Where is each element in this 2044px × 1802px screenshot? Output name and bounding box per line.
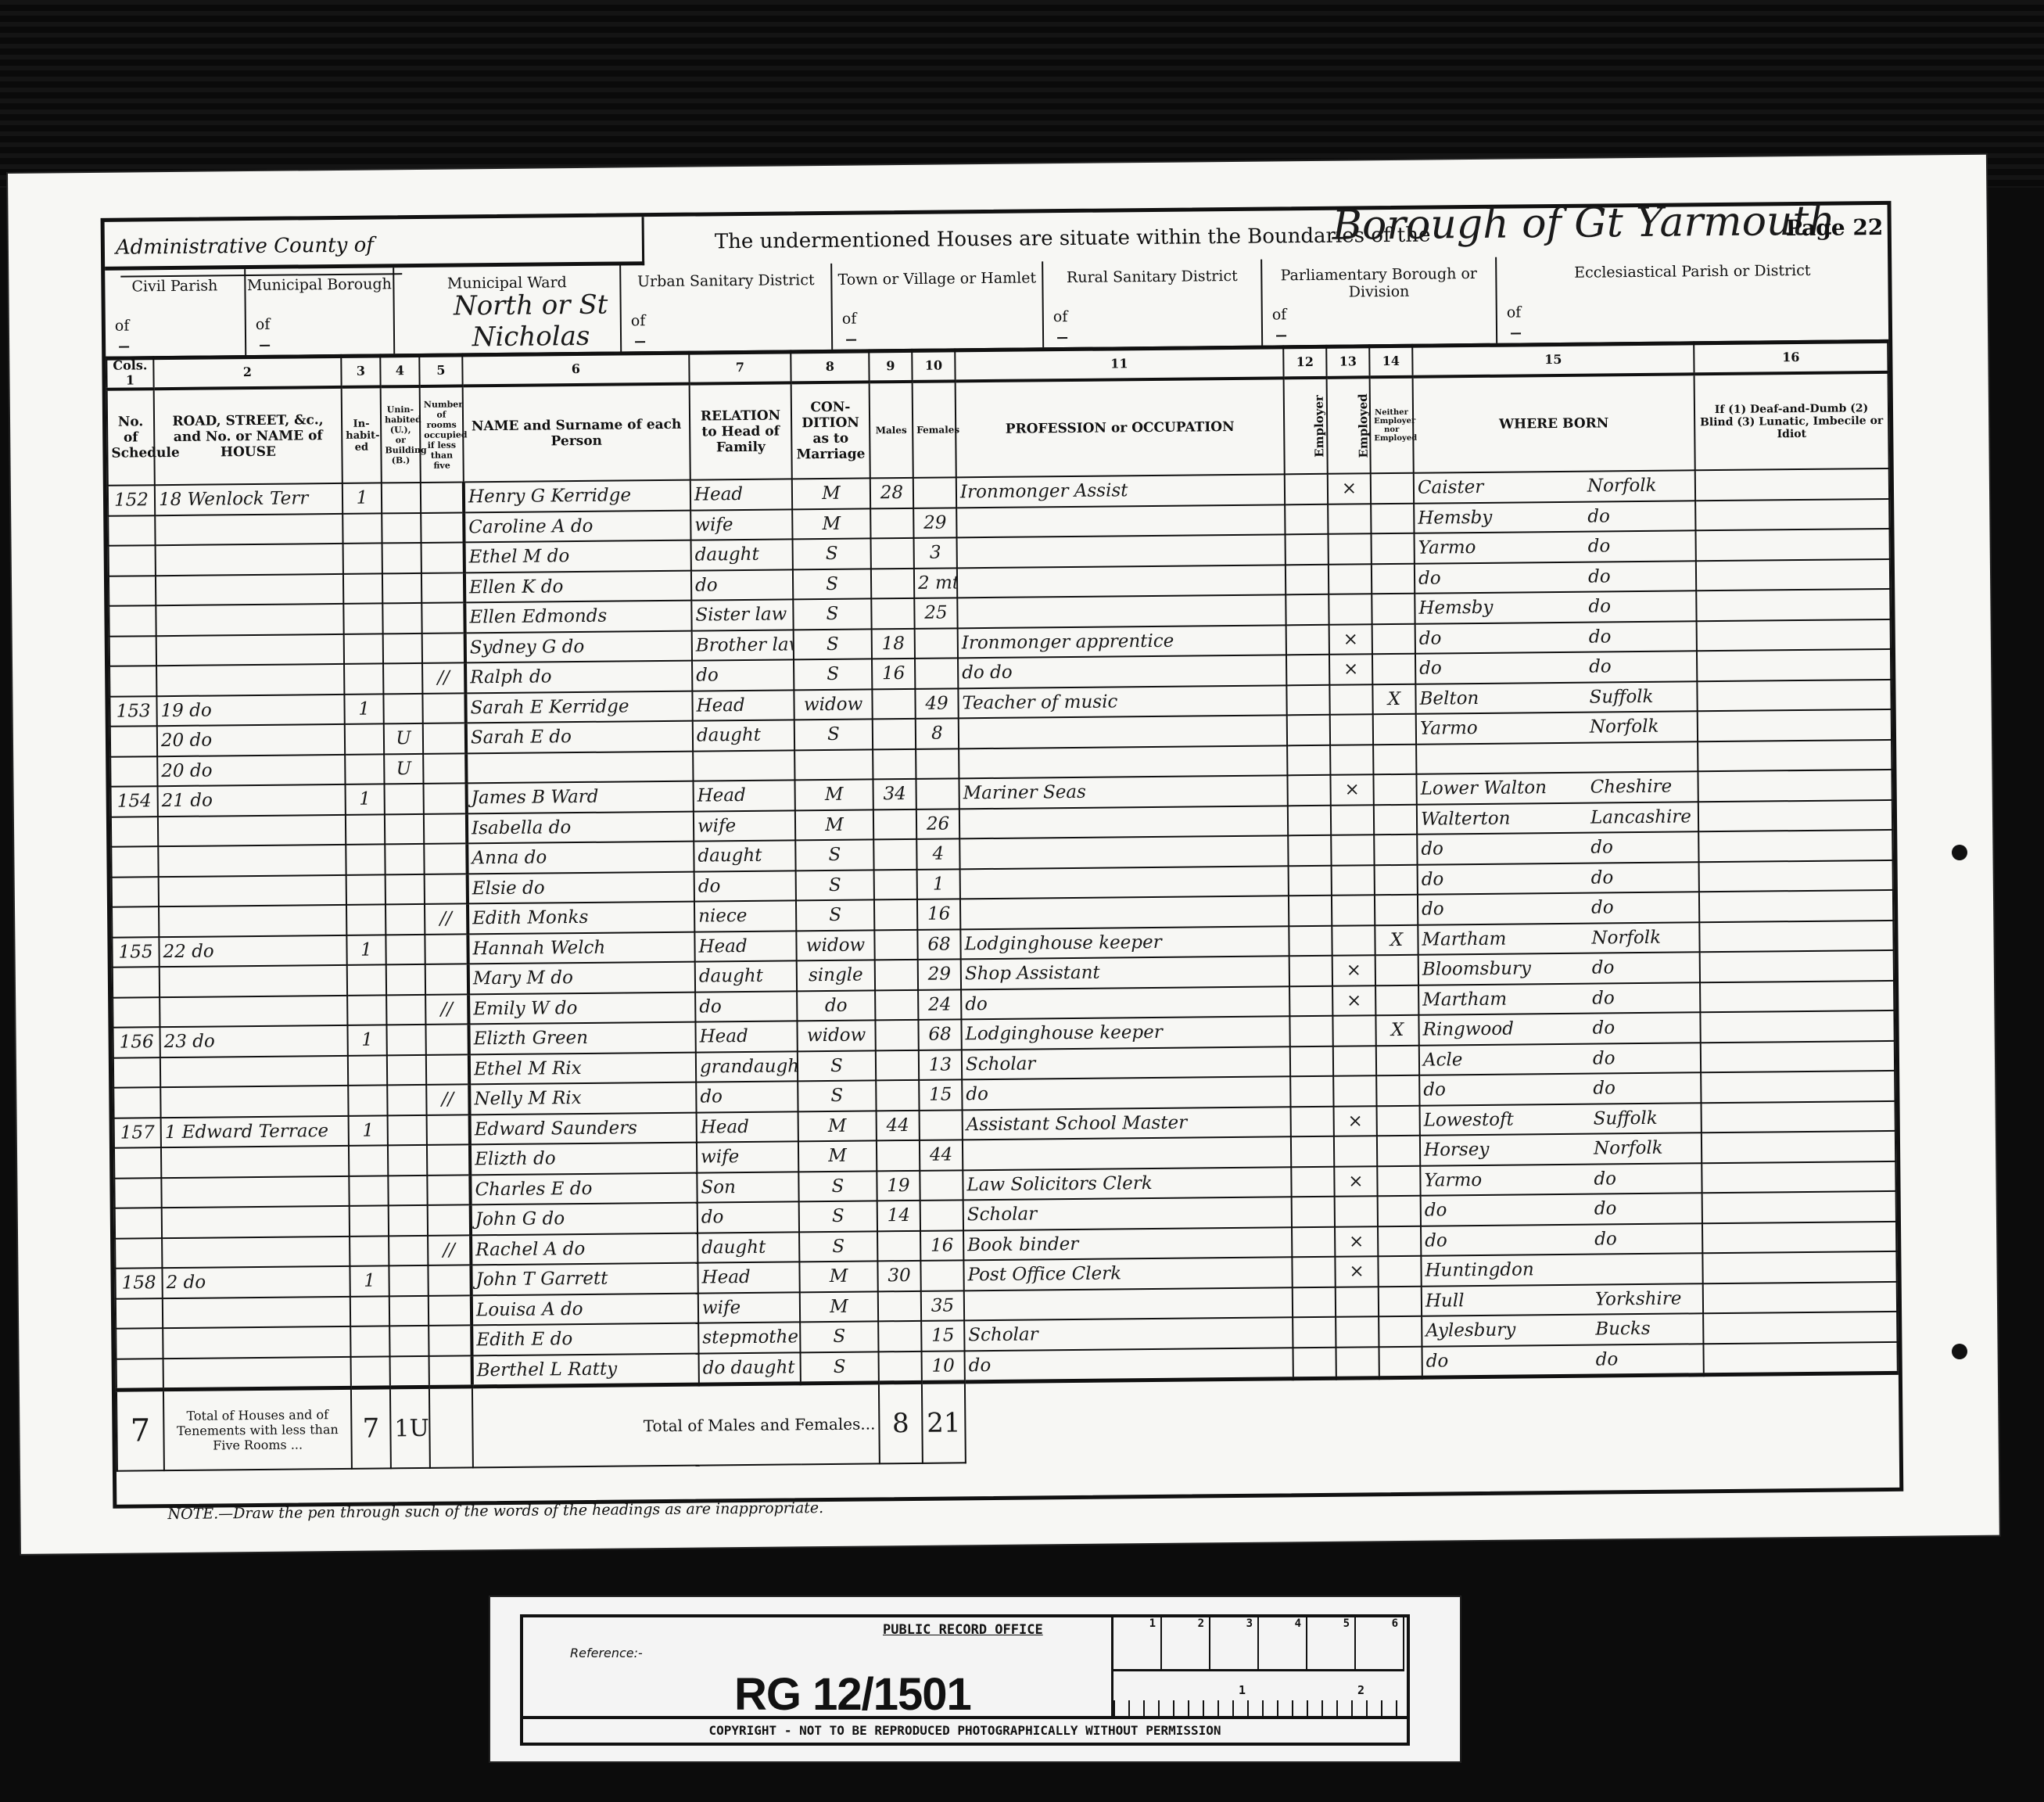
cell-where-born: dodo: [1418, 862, 1699, 895]
cell-rooms: [427, 1144, 470, 1175]
cell-male-age: [875, 989, 918, 1020]
born-county: do: [1589, 626, 1612, 647]
cell-rooms: [427, 1115, 470, 1145]
cell-uninhabited: [389, 1265, 428, 1296]
header-uninhabited: Unin-habited (U.), or Building (B.): [381, 386, 421, 483]
cell-infirmity: [1702, 1221, 1896, 1253]
cell-infirmity: [1698, 709, 1892, 741]
cell-where-born: dodo: [1421, 1223, 1702, 1256]
cell-inhabited: [346, 814, 385, 845]
header-road: ROAD, STREET, &c., and No. or NAME of HO…: [154, 387, 342, 485]
born-county: Norfolk: [1591, 928, 1661, 949]
cell-uninhabited: [387, 1054, 426, 1085]
cell-condition: widow: [796, 930, 874, 960]
cell-uninhabited: [390, 1355, 429, 1387]
cell-name: Nelly M Rix: [469, 1082, 696, 1115]
cell-infirmity: [1696, 558, 1890, 590]
urban-sanitary-value: [635, 341, 646, 343]
cell-infirmity: [1698, 830, 1892, 862]
municipal-borough: Municipal Borough of: [246, 267, 395, 355]
cell-occupation: Law Solicitors Clerk: [963, 1167, 1291, 1201]
cell-male-age: [871, 568, 914, 598]
page-number: Page 22: [1786, 214, 1884, 241]
cell-inhabited: [350, 1326, 389, 1356]
cell-employer: [1288, 805, 1331, 835]
cell-where-born: AylesburyBucks: [1422, 1313, 1703, 1346]
cell-neither: [1375, 955, 1418, 985]
cell-employed: [1335, 1196, 1378, 1226]
ecclesiastical-label: Ecclesiastical Parish or District: [1497, 261, 1888, 282]
born-county: Suffolk: [1594, 1108, 1658, 1129]
cell-uninhabited: [383, 633, 422, 663]
cell-address: [159, 874, 346, 906]
cell-rooms: [425, 874, 468, 904]
cell-schedule: 155: [112, 937, 159, 967]
cell-employed: ×: [1334, 1106, 1377, 1136]
cell-inhabited: [344, 634, 383, 664]
cell-infirmity: [1700, 980, 1894, 1012]
cell-female-age: [920, 1170, 963, 1201]
col-num: 10: [912, 349, 955, 382]
born-place: Martham: [1422, 988, 1592, 1010]
header-rooms: Number of rooms occupied if less than fi…: [420, 386, 464, 483]
header-occupation: PROFESSION or OCCUPATION: [956, 378, 1285, 477]
cell-address: [156, 544, 343, 576]
cell-employer: [1286, 534, 1329, 565]
cell-infirmity: [1699, 890, 1893, 922]
cell-uninhabited: [389, 1295, 429, 1326]
cell-employer: [1290, 1076, 1333, 1107]
cell-name: Louisa A do: [472, 1293, 698, 1325]
census-rows: 15218 Wenlock Terr1Henry G KerridgeHeadM…: [108, 468, 1898, 1390]
cell-condition: M: [792, 478, 870, 508]
town-village-value: [846, 339, 857, 341]
cell-employed: [1330, 745, 1373, 775]
cell-male-age: [871, 598, 914, 629]
col-num: 13: [1326, 345, 1369, 378]
cell-female-age: 35: [921, 1290, 964, 1321]
cell-infirmity: [1695, 529, 1889, 561]
born-place: Acle: [1423, 1048, 1593, 1070]
cell-schedule: [109, 545, 156, 576]
cell-female-age: [916, 778, 959, 809]
employed-label: Employed: [1356, 393, 1371, 458]
cell-condition: [794, 749, 873, 780]
cell-relation: Head: [697, 1111, 798, 1143]
cell-address: [156, 604, 343, 636]
col-num: 6: [462, 352, 689, 386]
cell-female-age: 68: [917, 929, 960, 960]
born-place: Aylesbury: [1425, 1319, 1595, 1341]
born-county: do: [1594, 1168, 1616, 1189]
cell-condition: S: [794, 659, 872, 689]
cell-schedule: [110, 726, 157, 756]
cell-male-age: 30: [877, 1261, 920, 1291]
of-label: of: [842, 311, 857, 328]
cell-condition: S: [799, 1201, 877, 1231]
cell-name: Elizth do: [470, 1143, 697, 1175]
cell-rooms: [423, 753, 466, 784]
cell-uninhabited: U: [384, 723, 423, 754]
cell-employed: ×: [1334, 1166, 1377, 1197]
cell-employer: [1286, 684, 1329, 715]
parliamentary-value: [1276, 335, 1287, 336]
cell-inhabited: 1: [346, 935, 385, 965]
cell-name: Sarah E Kerridge: [465, 691, 692, 723]
born-place: Hemsby: [1418, 506, 1587, 528]
cell-female-age: 68: [918, 1019, 961, 1050]
cell-employed: [1332, 1015, 1375, 1046]
cell-male-age: [879, 1351, 922, 1383]
cell-employer: [1291, 1136, 1334, 1167]
municipal-borough-value: [260, 345, 271, 346]
born-county: do: [1592, 988, 1615, 1008]
cell-female-age: [920, 1110, 963, 1140]
cell-infirmity: [1695, 498, 1889, 530]
cell-address: 2 do: [162, 1266, 350, 1298]
cell-neither: [1373, 714, 1416, 745]
cell-relation: Head: [690, 479, 792, 510]
cell-occupation: Scholar: [962, 1046, 1290, 1080]
cell-relation: do daught: [699, 1352, 801, 1384]
cell-employed: ×: [1332, 955, 1375, 985]
total-inhabited: 7: [351, 1387, 391, 1469]
cell-neither: [1378, 1256, 1421, 1287]
cell-uninhabited: [386, 994, 425, 1025]
total-schedules: 7: [117, 1390, 164, 1471]
cell-condition: S: [795, 839, 873, 870]
cell-male-age: [877, 1140, 920, 1171]
of-line: of: [629, 312, 647, 346]
cell-rooms: [424, 783, 467, 813]
cell-inhabited: [349, 1145, 388, 1176]
col-num: 14: [1369, 345, 1412, 378]
cell-employed: [1332, 925, 1375, 956]
cell-name: Hannah Welch: [468, 932, 694, 964]
ruler-mark: 3: [1210, 1617, 1259, 1669]
cell-female-age: 15: [921, 1320, 964, 1351]
cell-rooms: [429, 1295, 472, 1326]
cell-schedule: [109, 666, 156, 696]
reference-label: Reference:-: [570, 1646, 643, 1660]
cell-neither: [1372, 563, 1415, 594]
cell-inhabited: [343, 573, 382, 604]
cell-employer: [1289, 956, 1332, 986]
cell-where-born: Yarmodo: [1420, 1163, 1702, 1196]
civil-parish-value: [119, 346, 130, 348]
cell-occupation: [959, 835, 1288, 869]
cell-name: John T Garrett: [471, 1263, 697, 1295]
cell-where-born: HorseyNorfolk: [1420, 1133, 1702, 1165]
cell-condition: S: [796, 870, 874, 900]
born-county: do: [1591, 867, 1614, 888]
cell-condition: S: [800, 1321, 878, 1351]
born-county: do: [1596, 1349, 1619, 1369]
cell-female-age: 49: [915, 688, 958, 719]
cell-name: Charles E do: [470, 1172, 697, 1204]
cell-inhabited: 1: [342, 483, 382, 513]
cell-where-born: dodo: [1415, 621, 1697, 654]
cell-condition: S: [798, 1171, 877, 1201]
cell-uninhabited: [388, 1175, 427, 1205]
rural-sanitary-label: Rural Sanitary District: [1043, 267, 1260, 287]
cell-employer: [1287, 775, 1330, 806]
cell-employed: [1329, 564, 1372, 594]
cell-relation: wife: [697, 1141, 798, 1172]
cell-male-age: [873, 748, 916, 779]
cell-neither: [1377, 1165, 1420, 1196]
cell-male-age: 18: [872, 628, 915, 659]
cell-neither: [1379, 1346, 1422, 1378]
cell-occupation: do: [962, 1076, 1290, 1110]
born-place: do: [1419, 657, 1589, 679]
cell-infirmity: [1698, 799, 1892, 831]
of-line: of: [254, 316, 272, 350]
cell-male-age: [875, 960, 918, 990]
cell-employer: [1289, 865, 1332, 896]
born-place: Horsey: [1424, 1139, 1594, 1161]
cell-condition: S: [801, 1351, 879, 1384]
of-label: of: [1272, 306, 1287, 323]
cell-relation: do: [696, 1081, 798, 1112]
cell-female-age: [920, 1200, 963, 1230]
born-place: do: [1419, 626, 1589, 648]
cell-female-age: [916, 748, 959, 779]
cell-employed: ×: [1335, 1226, 1378, 1257]
col-num: 2: [153, 355, 341, 389]
cell-employer: [1293, 1317, 1336, 1348]
of-line: of: [1052, 308, 1070, 343]
cell-uninhabited: [382, 543, 421, 573]
cell-inhabited: [347, 964, 386, 995]
cell-neither: [1374, 804, 1417, 835]
cell-name: Edward Saunders: [470, 1112, 697, 1144]
totals-row: 7 Total of Houses and of Tenements with …: [117, 1373, 1899, 1470]
cell-occupation: [960, 866, 1289, 899]
cell-employer: [1292, 1197, 1335, 1227]
cell-relation: do: [695, 991, 797, 1022]
cell-employed: [1332, 895, 1375, 925]
of-label: of: [1507, 303, 1522, 321]
cell-infirmity: [1700, 1010, 1894, 1043]
cell-inhabited: [345, 754, 384, 784]
cell-where-born: Bloomsburydo: [1418, 952, 1700, 985]
cell-male-age: [875, 1020, 918, 1050]
cell-uninhabited: [386, 964, 425, 995]
cell-infirmity: [1701, 1040, 1895, 1072]
cell-condition: S: [793, 569, 871, 599]
cell-where-born: CaisterNorfolk: [1414, 470, 1695, 503]
cell-inhabited: [348, 1055, 387, 1086]
total-females: 21: [922, 1382, 966, 1463]
cell-address: 20 do: [157, 754, 345, 786]
born-place: Belton: [1419, 687, 1589, 709]
cell-occupation: do: [965, 1348, 1293, 1382]
cell-relation: wife: [698, 1292, 800, 1323]
ruler-mark: 2: [1162, 1617, 1210, 1669]
cell-employed: [1332, 865, 1375, 896]
header-relation: RELATION to Head of Family: [690, 382, 792, 479]
cell-infirmity: [1695, 468, 1889, 501]
cell-where-born: [1416, 741, 1698, 774]
of-label: of: [1053, 308, 1068, 325]
cell-employed: [1330, 714, 1373, 745]
born-place: Yarmo: [1420, 717, 1590, 739]
cell-neither: [1379, 1286, 1422, 1316]
cell-condition: M: [798, 1140, 877, 1171]
cell-schedule: [111, 817, 158, 847]
cell-female-age: 4: [916, 838, 959, 869]
ruler-mark: 6: [1356, 1617, 1404, 1669]
cell-male-age: [874, 929, 917, 960]
rural-sanitary: Rural Sanitary District of: [1043, 260, 1263, 348]
born-county: Yorkshire: [1595, 1288, 1682, 1309]
cell-employed: ×: [1330, 774, 1373, 805]
col-num: 11: [955, 346, 1283, 381]
cell-uninhabited: [386, 1025, 425, 1055]
cell-infirmity: [1702, 1251, 1896, 1283]
cell-employer: [1287, 745, 1330, 775]
cell-occupation: Mariner Seas: [959, 775, 1287, 809]
cell-condition: M: [800, 1291, 878, 1322]
census-table: Cols. 1 2 3 4 5 6 7 8 9 10 11 12 13 14: [106, 339, 1899, 1472]
cell-where-born: Hemsbydo: [1415, 590, 1696, 623]
cell-employed: [1328, 504, 1371, 534]
cell-occupation: Teacher of music: [958, 685, 1286, 719]
cell-rooms: [421, 512, 464, 543]
cell-condition: M: [794, 779, 873, 809]
reference-number: RG 12/1501: [734, 1668, 971, 1721]
cell-employer: [1286, 624, 1329, 655]
cell-relation: stepmother: [698, 1322, 800, 1353]
cell-where-born: Huntingdon: [1421, 1253, 1702, 1286]
cell-employer: [1291, 1106, 1334, 1136]
cell-condition: S: [798, 1050, 876, 1081]
cell-occupation: do: [961, 986, 1289, 1020]
cell-neither: [1372, 654, 1415, 684]
cell-schedule: [113, 1057, 160, 1088]
cell-infirmity: [1703, 1281, 1897, 1313]
col-num: 5: [419, 354, 462, 386]
cell-address: [160, 1086, 348, 1118]
cell-employer: [1289, 1016, 1332, 1046]
born-county: do: [1587, 506, 1610, 526]
cell-employer: [1285, 474, 1328, 504]
cell-female-age: 24: [918, 989, 961, 1020]
cell-neither: [1375, 864, 1418, 895]
header-name: NAME and Surname of each Person: [463, 384, 690, 483]
cell-address: 21 do: [158, 784, 346, 817]
cell-employed: [1329, 533, 1372, 564]
of-label: of: [256, 316, 271, 333]
municipal-borough-label: Municipal Borough: [246, 275, 393, 294]
cell-occupation: [959, 715, 1287, 748]
cell-neither: [1371, 503, 1414, 533]
cell-inhabited: [349, 1176, 388, 1206]
cell-address: [156, 634, 344, 666]
born-county: Lancashire: [1590, 806, 1691, 827]
urban-sanitary: Urban Sanitary District of: [621, 264, 833, 352]
cell-employed: [1336, 1347, 1379, 1379]
header-schedule: No. of Schedule: [107, 389, 155, 486]
cell-female-age: 1: [917, 869, 960, 899]
cell-occupation: Post Office Clerk: [963, 1257, 1292, 1290]
header-inhabited: In-habit-ed: [342, 386, 382, 483]
born-county: do: [1593, 1079, 1615, 1099]
cell-name: Isabella do: [467, 811, 694, 843]
cell-where-born: Ringwooddo: [1418, 1012, 1700, 1045]
cell-employer: [1285, 504, 1328, 534]
cell-schedule: 154: [111, 786, 158, 817]
municipal-ward: Municipal Ward North or St Nicholas: [394, 265, 622, 354]
cell-schedule: [114, 1178, 161, 1208]
copyright-notice: COPYRIGHT - NOT TO BE REPRODUCED PHOTOGR…: [523, 1716, 1407, 1743]
born-place: Caister: [1418, 476, 1587, 498]
parliamentary-borough: Parliamentary Borough or Division of: [1262, 257, 1497, 346]
cell-inhabited: 1: [346, 784, 385, 814]
cell-infirmity: [1700, 950, 1894, 982]
cell-female-age: 44: [920, 1140, 963, 1170]
cell-male-age: [870, 508, 913, 538]
cell-neither: [1376, 1045, 1419, 1075]
census-sheet: Administrative County of The undermentio…: [8, 155, 1999, 1554]
cell-schedule: [109, 605, 156, 636]
cell-neither: [1376, 1075, 1419, 1106]
cell-male-age: [871, 538, 914, 569]
cell-relation: Head: [694, 931, 796, 962]
cell-inhabited: [343, 603, 382, 634]
cell-where-born: LowestoftSuffolk: [1420, 1103, 1702, 1136]
cell-rooms: [421, 542, 464, 573]
cell-name: Caroline A do: [464, 510, 690, 542]
cell-schedule: [113, 997, 160, 1028]
admin-county-label: Administrative County of: [116, 234, 374, 260]
cell-occupation: [957, 565, 1286, 598]
cell-male-age: [874, 899, 917, 930]
cell-occupation: [956, 504, 1285, 538]
cell-employer: [1292, 1226, 1335, 1257]
cell-female-age: 8: [916, 718, 959, 748]
cell-female-age: [915, 628, 958, 659]
cell-employer: [1289, 985, 1332, 1016]
cell-address: [163, 1326, 350, 1359]
cell-infirmity: [1703, 1341, 1897, 1374]
cell-female-age: 29: [913, 508, 956, 538]
cell-condition: M: [799, 1261, 877, 1291]
cell-condition: S: [793, 598, 871, 629]
cell-infirmity: [1698, 770, 1892, 802]
cell-occupation: [957, 594, 1286, 628]
cell-schedule: [113, 967, 160, 997]
born-place: do: [1418, 566, 1588, 588]
cell-occupation: [960, 896, 1289, 929]
total-males: 8: [879, 1382, 923, 1463]
cell-where-born: WaltertonLancashire: [1417, 802, 1698, 835]
of-line: of: [1505, 303, 1523, 338]
cell-neither: [1372, 594, 1415, 624]
total-uninhabited: 1U: [390, 1387, 430, 1468]
cell-female-age: 15: [919, 1079, 962, 1110]
cell-female-age: 16: [917, 899, 960, 929]
cell-rooms: [425, 1024, 468, 1054]
born-county: Cheshire: [1590, 777, 1673, 798]
cell-address: 1 Edward Terrace: [161, 1115, 349, 1147]
cell-occupation: do do: [958, 655, 1286, 688]
cell-uninhabited: [388, 1115, 427, 1145]
cell-employer: [1289, 925, 1332, 956]
cell-male-age: [874, 869, 917, 899]
cell-schedule: [112, 877, 159, 907]
